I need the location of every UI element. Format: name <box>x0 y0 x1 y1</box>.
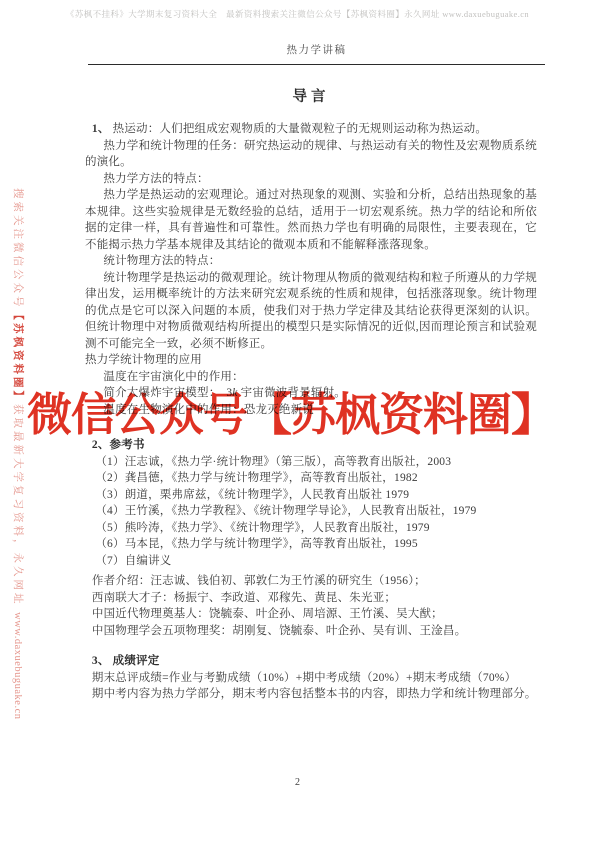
page-header: 热力学讲稿 <box>88 42 545 65</box>
running-title: 热力学讲稿 <box>287 45 347 56</box>
doc-title: 导言 <box>85 88 537 107</box>
author-notes: 作者介绍：汪志诚、钱伯初、郭敦仁为王竹溪的研究生（1956）； 西南联大才子：杨… <box>85 573 537 639</box>
side-watermark: 搜索关注微信公众号【苏枫资料圈】获取最新大学复习资料，永久网址 www.daxu… <box>11 188 24 720</box>
promo-banner-text: 《苏枫不挂科》大学期末复习资料大全 最新资料搜索关注微信公众号【苏枫资料圈】永久… <box>0 8 595 20</box>
reference-item: （2）龚昌德，《热力学与统计物理学》，高等教育出版社，1982 <box>85 470 537 487</box>
para-universe-role: 温度在宇宙演化中的作用： <box>85 369 537 386</box>
author-note-line: 作者介绍：汪志诚、钱伯初、郭敦仁为王竹溪的研究生（1956）； <box>85 573 537 590</box>
para-heat-motion: 1、 热运动：人们把组成宏观物质的大量微观粒子的无规则运动称为热运动。 <box>85 121 537 138</box>
reference-item: （4）王竹溪，《热力学教程》、《统计物理学导论》，人民教育出版社，1979 <box>85 503 537 520</box>
para-application: 热力学统计物理的应用 <box>85 352 537 369</box>
page-number: 2 <box>0 777 595 788</box>
side-watermark-brand: 【苏枫资料圈】 <box>12 310 23 405</box>
author-note-line: 中国近代物理奠基人：饶毓泰、叶企孙、周培源、王竹溪、吴大猷； <box>85 606 537 623</box>
author-note-line: 中国物理学会五项物理奖：胡刚复、饶毓泰、叶企孙、吴有训、王淦昌。 <box>85 623 537 640</box>
side-watermark-suffix: 获取最新大学复习资料，永久网址 <box>12 404 23 612</box>
document-page: 《苏枫不挂科》大学期末复习资料大全 最新资料搜索关注微信公众号【苏枫资料圈】永久… <box>0 0 595 842</box>
center-watermark: 微信公众号【苏枫资料圈】 <box>27 392 555 438</box>
reference-list: （1）汪志诚，《热力学·统计物理》（第三版），高等教育出版社，2003 （2）龚… <box>85 454 537 570</box>
para-task: 热力学和统计物理的任务：研究热运动的规律、与热运动有关的物性及宏观物质系统的演化… <box>85 138 537 171</box>
reference-item: （6）马本昆，《热力学与统计物理学》，高等教育出版社，1995 <box>85 536 537 553</box>
reference-item: （3）朗道，栗弗席兹，《统计物理学》，人民教育出版社 1979 <box>85 487 537 504</box>
para-thermo-feature: 热力学是热运动的宏观理论。通过对热现象的观测、实验和分析，总结出热现象的基本规律… <box>85 187 537 253</box>
side-watermark-prefix: 搜索关注微信公众号 <box>12 188 23 310</box>
para-thermo-label: 热力学方法的特点： <box>85 171 537 188</box>
side-watermark-url: www.daxuebuguake.cn <box>12 612 23 719</box>
para-heat-motion-text: 热运动：人们把组成宏观物质的大量微观粒子的无规则运动称为热运动。 <box>113 123 487 135</box>
reference-item: （1）汪志诚，《热力学·统计物理》（第三版），高等教育出版社，2003 <box>85 454 537 471</box>
list-number: 1、 <box>92 123 113 135</box>
author-note-line: 西南联大才子：杨振宁、李政道、邓稼先、黄昆、朱光亚； <box>85 590 537 607</box>
section-grading-title: 3、 成绩评定 <box>85 653 537 670</box>
para-exam-scope: 期中考内容为热力学部分，期末考内容包括整本书的内容，即热力学和统计物理部分。 <box>85 686 537 703</box>
para-grade-formula: 期末总评成绩=作业与考勤成绩（10%）+期中考成绩（20%）+期末考成绩（70%… <box>85 670 537 687</box>
reference-item: （7）自编讲义 <box>85 553 537 570</box>
para-stat-label: 统计物理方法的特点： <box>85 253 537 270</box>
para-stat-feature: 统计物理学是热运动的微观理论。统计物理从物质的微观结构和粒子所遵从的力学规律出发… <box>85 270 537 353</box>
reference-item: （5）熊吟涛，《热力学》、《统计物理学》，人民教育出版社，1979 <box>85 520 537 537</box>
